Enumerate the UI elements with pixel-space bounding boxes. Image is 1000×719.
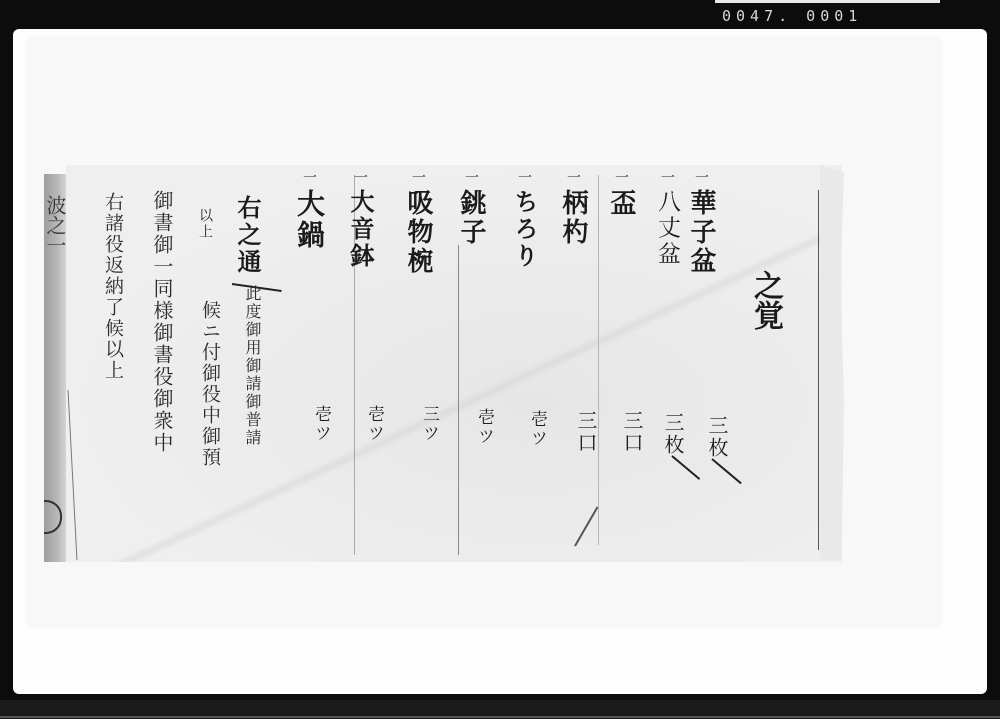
document-heading: 之覚 — [750, 270, 780, 330]
item-bullet: 一 — [613, 170, 629, 184]
frame-label-bar — [715, 0, 940, 3]
item-bullet: 一 — [463, 170, 479, 184]
fold-line — [458, 245, 459, 555]
list-item: 一 銚子 — [458, 170, 484, 247]
closing-note-line: 候ニ付御役中御預 — [200, 300, 219, 468]
item-name: 大音鉢 — [346, 189, 375, 270]
item-name: 大鍋 — [293, 189, 326, 251]
list-item: 一 ちろり — [512, 170, 536, 270]
list-item: 一 大音鉢 — [348, 170, 372, 270]
item-quantity: 三ツ — [420, 405, 437, 443]
item-quantity: 三口 — [576, 410, 596, 454]
item-bullet: 一 — [516, 170, 532, 184]
item-name: 華子盆 — [686, 189, 716, 276]
item-bullet: 一 — [565, 170, 581, 184]
item-quantity: 壱ツ — [475, 408, 492, 446]
spine-label: 波之一 — [44, 195, 66, 255]
closing-note-line: 御書御一同様御書役御衆中 — [152, 190, 172, 454]
item-name: 柄杓 — [558, 189, 588, 247]
item-quantity: 壱ツ — [312, 405, 329, 443]
item-bullet: 一 — [301, 170, 317, 184]
item-quantity: 壱ツ — [528, 410, 545, 448]
film-bottom-line — [0, 716, 1000, 718]
item-name: 銚子 — [456, 189, 486, 247]
item-bullet: 一 — [659, 170, 675, 184]
list-item: 一 八丈盆 — [655, 170, 678, 267]
item-quantity: 三口 — [622, 410, 642, 454]
fold-line — [818, 190, 819, 550]
item-bullet: 一 — [410, 170, 426, 184]
item-bullet: 一 — [693, 170, 709, 184]
list-item: 一 盃 — [608, 170, 634, 218]
closing-note-line: 此度御用御請御普請 — [244, 285, 260, 447]
list-item: 一 柄杓 — [560, 170, 586, 247]
closing-note-line: 以上 — [198, 208, 212, 240]
item-bullet: 一 — [352, 170, 368, 184]
item-name: 吸物椀 — [403, 189, 433, 276]
item-quantity: 三枚 — [663, 412, 683, 456]
reel-frame-number: 0047. 0001 — [722, 5, 862, 27]
paper-torn-edge — [820, 165, 844, 560]
item-name: 盃 — [606, 189, 636, 218]
item-quantity: 壱ツ — [365, 405, 382, 443]
list-item: 一 大鍋 — [295, 170, 323, 251]
item-name: ちろり — [510, 189, 539, 270]
list-item: 一 華子盆 — [688, 170, 714, 276]
list-item: 一 吸物椀 — [405, 170, 431, 276]
document-paper — [66, 165, 842, 562]
item-quantity: 三枚 — [707, 415, 727, 459]
item-name: 八丈盆 — [654, 189, 680, 267]
fold-line — [598, 175, 599, 545]
closing-summary: 右之通 — [235, 195, 259, 276]
closing-note-line: 右諸役返納了候以上 — [103, 192, 122, 381]
